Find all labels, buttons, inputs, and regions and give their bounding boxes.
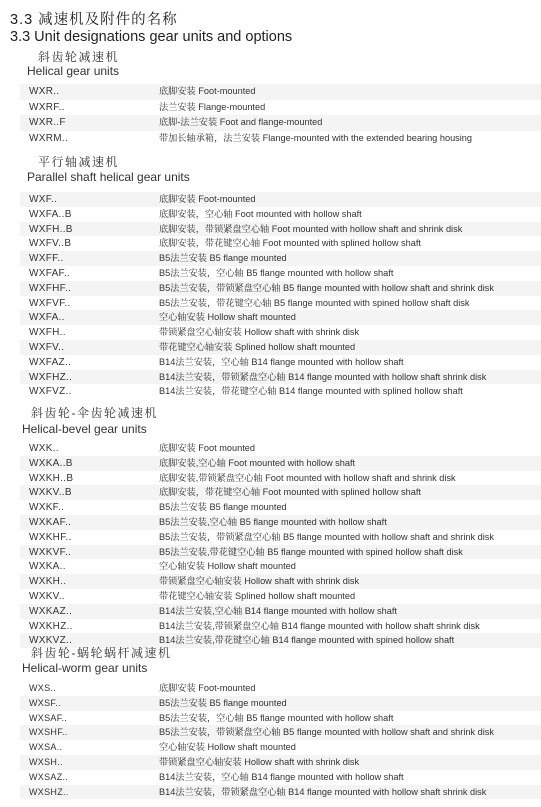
section-title-en: Parallel shaft helical gear units (27, 170, 190, 184)
unit-description: 法兰安装 Flange-mounted (159, 101, 265, 114)
table-row: WXKH..带锁紧盘空心轴安装 Hollow shaft with shrink… (20, 574, 541, 589)
unit-code: WXSAZ.. (29, 771, 68, 784)
table-row: WXKF..B5法兰安装 B5 flange mounted (20, 500, 541, 515)
unit-description: B5法兰安装,空心轴 B5 flange mounted with hollow… (159, 516, 387, 529)
section-title-en: Helical gear units (27, 64, 119, 78)
unit-description: 底脚安装 Foot-mounted (159, 193, 256, 206)
table-row: WXKH..B底脚安装,带锁紧盘空心轴 Foot mounted with ho… (20, 471, 541, 486)
table-row: WXKA..空心轴安装 Hollow shaft mounted (20, 559, 541, 574)
unit-code: WXKH..B (29, 472, 73, 485)
table-row: WXFH..带锁紧盘空心轴安装 Hollow shaft with shrink… (20, 325, 541, 340)
section-title-cn: 斜齿轮减速机 (38, 50, 119, 64)
unit-code: WXFVZ.. (29, 385, 72, 398)
section-title-cn: 斜齿轮-蜗轮蜗杆减速机 (31, 646, 172, 660)
unit-code: WXFAZ.. (29, 356, 71, 369)
table-row: WXKA..B底脚安装,空心轴 Foot mounted with hollow… (20, 456, 541, 471)
unit-code: WXFVF.. (29, 297, 71, 310)
table-row: WXRM..带加长轴承箱，法兰安装 Flange-mounted with th… (20, 131, 541, 147)
table-row: WXR..F底脚-法兰安装 Foot and flange-mounted (20, 115, 541, 131)
unit-code: WXKF.. (29, 501, 64, 514)
unit-code: WXSHZ.. (29, 786, 69, 799)
unit-code: WXFA.. (29, 311, 65, 324)
unit-description: B5法兰安装，带花键空心轴 B5 flange mounted with spi… (159, 297, 469, 310)
unit-code: WXFH.. (29, 326, 66, 339)
unit-code: WXSH.. (29, 756, 63, 769)
table-row: WXFV..B底脚安装，带花键空心轴 Foot mounted with spl… (20, 236, 541, 251)
unit-description: 底脚安装 Foot-mounted (159, 85, 256, 98)
unit-description: 底脚-法兰安装 Foot and flange-mounted (159, 116, 322, 129)
table-row: WXFVF..B5法兰安装，带花键空心轴 B5 flange mounted w… (20, 296, 541, 311)
table-row: WXFV..带花键空心轴安装 Splined hollow shaft moun… (20, 340, 541, 355)
unit-code: WXFHF.. (29, 282, 71, 295)
table-row: WXKV..带花键空心轴安装 Splined hollow shaft moun… (20, 589, 541, 604)
unit-description: B14法兰安装，带花键空心轴 B14 flange mounted with s… (159, 385, 463, 398)
table-row: WXK..底脚安装 Foot mounted (20, 441, 541, 456)
table-row: WXS..底脚安装 Foot-mounted (20, 681, 541, 696)
unit-description: B14法兰安装，带锁紧盘空心轴 B14 flange mounted with … (159, 786, 486, 799)
unit-description: 底脚安装,空心轴 Foot mounted with hollow shaft (159, 457, 355, 470)
unit-code: WXFH..B (29, 223, 73, 236)
table-row: WXSF..B5法兰安装 B5 flange mounted (20, 696, 541, 711)
unit-code: WXKHF.. (29, 531, 72, 544)
unit-description: 带花键空心轴安装 Splined hollow shaft mounted (159, 590, 355, 603)
table-row: WXKHF..B5法兰安装，带锁紧盘空心轴 B5 flange mounted … (20, 530, 541, 545)
unit-code: WXFAF.. (29, 267, 70, 280)
table-row: WXFF..B5法兰安装 B5 flange mounted (20, 251, 541, 266)
table-row: WXRF..法兰安装 Flange-mounted (20, 100, 541, 116)
unit-code: WXSF.. (29, 697, 61, 710)
unit-description: B14法兰安装,空心轴 B14 flange mounted with holl… (159, 605, 397, 618)
table-row: WXF..底脚安装 Foot-mounted (20, 192, 541, 207)
unit-description: 带锁紧盘空心轴安装 Hollow shaft with shrink disk (159, 756, 359, 769)
unit-code: WXRM.. (29, 132, 68, 145)
unit-description: 带锁紧盘空心轴安装 Hollow shaft with shrink disk (159, 326, 359, 339)
table-row: WXFHF..B5法兰安装，带锁紧盘空心轴 B5 flange mounted … (20, 281, 541, 296)
table-row: WXSH..带锁紧盘空心轴安装 Hollow shaft with shrink… (20, 755, 541, 770)
unit-code: WXFF.. (29, 252, 64, 265)
unit-description: 底脚安装 Foot-mounted (159, 682, 256, 695)
unit-code: WXKA.. (29, 560, 66, 573)
unit-code: WXKA..B (29, 457, 73, 470)
section-title-en: Helical-bevel gear units (22, 422, 147, 436)
unit-description: 底脚安装,带锁紧盘空心轴 Foot mounted with hollow sh… (159, 472, 456, 485)
unit-code: WXS.. (29, 682, 56, 695)
page-title-cn: 3.3 减速机及附件的名称 (10, 12, 178, 29)
table-row: WXFH..B底脚安装，带锁紧盘空心轴 Foot mounted with ho… (20, 222, 541, 237)
table-row: WXFVZ..B14法兰安装，带花键空心轴 B14 flange mounted… (20, 384, 541, 399)
unit-description: B5法兰安装，带锁紧盘空心轴 B5 flange mounted with ho… (159, 282, 494, 295)
unit-code: WXFHZ.. (29, 371, 72, 384)
unit-description: 底脚安装，带花键空心轴 Foot mounted with splined ho… (159, 486, 421, 499)
unit-description: 底脚安装，带锁紧盘空心轴 Foot mounted with hollow sh… (159, 223, 462, 236)
table-row: WXKHZ..B14法兰安装,带锁紧盘空心轴 B14 flange mounte… (20, 619, 541, 634)
table-row: WXKVF..B5法兰安装,带花键空心轴 B5 flange mounted w… (20, 545, 541, 560)
unit-description: B14法兰安装,带锁紧盘空心轴 B14 flange mounted with … (159, 620, 480, 633)
unit-description: 空心轴安装 Hollow shaft mounted (159, 311, 296, 324)
unit-description: 空心轴安装 Hollow shaft mounted (159, 560, 296, 573)
unit-code: WXKH.. (29, 575, 66, 588)
table-row: WXSHZ..B14法兰安装，带锁紧盘空心轴 B14 flange mounte… (20, 785, 541, 800)
unit-description: 底脚安装，带花键空心轴 Foot mounted with splined ho… (159, 237, 421, 250)
table-row: WXFA..B底脚安装，空心轴 Foot mounted with hollow… (20, 207, 541, 222)
unit-description: B5法兰安装 B5 flange mounted (159, 252, 287, 265)
unit-code: WXFV..B (29, 237, 71, 250)
table-row: WXR..底脚安装 Foot-mounted (20, 84, 541, 100)
unit-description: 带加长轴承箱，法兰安装 Flange-mounted with the exte… (159, 132, 472, 145)
unit-code: WXKVF.. (29, 546, 71, 559)
designation-table: WXR..底脚安装 Foot-mounted WXRF..法兰安装 Flange… (20, 84, 541, 146)
unit-code: WXF.. (29, 193, 57, 206)
table-row: WXSAF..B5法兰安装，空心轴 B5 flange mounted with… (20, 711, 541, 726)
unit-description: B14法兰安装，带锁紧盘空心轴 B14 flange mounted with … (159, 371, 486, 384)
unit-description: 带锁紧盘空心轴安装 Hollow shaft with shrink disk (159, 575, 359, 588)
unit-description: B5法兰安装，空心轴 B5 flange mounted with hollow… (159, 712, 393, 725)
unit-description: 底脚安装 Foot mounted (159, 442, 255, 455)
unit-code: WXSA.. (29, 741, 62, 754)
unit-description: B5法兰安装 B5 flange mounted (159, 697, 287, 710)
section-title-cn: 斜齿轮-伞齿轮减速机 (31, 406, 158, 420)
unit-code: WXR..F (29, 116, 66, 129)
unit-code: WXKHZ.. (29, 620, 73, 633)
unit-description: B14法兰安装，空心轴 B14 flange mounted with holl… (159, 356, 404, 369)
designation-table: WXS..底脚安装 Foot-mounted WXSF..B5法兰安装 B5 f… (20, 681, 541, 799)
table-row: WXFAF..B5法兰安装，空心轴 B5 flange mounted with… (20, 266, 541, 281)
unit-code: WXKV..B (29, 486, 72, 499)
section-title-en: Helical-worm gear units (22, 661, 147, 675)
table-row: WXSHF..B5法兰安装，带锁紧盘空心轴 B5 flange mounted … (20, 725, 541, 740)
unit-description: 空心轴安装 Hollow shaft mounted (159, 741, 296, 754)
unit-code: WXRF.. (29, 101, 65, 114)
unit-code: WXSAF.. (29, 712, 67, 725)
page-title-en: 3.3 Unit designations gear units and opt… (10, 29, 292, 46)
unit-description: 带花键空心轴安装 Splined hollow shaft mounted (159, 341, 355, 354)
unit-code: WXSHF.. (29, 726, 68, 739)
unit-code: WXFA..B (29, 208, 72, 221)
table-row: WXSA..空心轴安装 Hollow shaft mounted (20, 740, 541, 755)
table-row: WXSAZ..B14法兰安装，空心轴 B14 flange mounted wi… (20, 770, 541, 785)
section-title-cn: 平行轴减速机 (38, 155, 119, 169)
unit-description: B5法兰安装，空心轴 B5 flange mounted with hollow… (159, 267, 393, 280)
table-row: WXFHZ..B14法兰安装，带锁紧盘空心轴 B14 flange mounte… (20, 370, 541, 385)
unit-code: WXFV.. (29, 341, 64, 354)
unit-description: B5法兰安装，带锁紧盘空心轴 B5 flange mounted with ho… (159, 726, 494, 739)
unit-description: B5法兰安装，带锁紧盘空心轴 B5 flange mounted with ho… (159, 531, 494, 544)
unit-description: B5法兰安装,带花键空心轴 B5 flange mounted with spi… (159, 546, 463, 559)
table-row: WXKV..B底脚安装，带花键空心轴 Foot mounted with spl… (20, 485, 541, 500)
table-row: WXFAZ..B14法兰安装，空心轴 B14 flange mounted wi… (20, 355, 541, 370)
unit-code: WXR.. (29, 85, 59, 98)
designation-table: WXK..底脚安装 Foot mounted WXKA..B底脚安装,空心轴 F… (20, 441, 541, 648)
table-row: WXKAZ..B14法兰安装,空心轴 B14 flange mounted wi… (20, 604, 541, 619)
unit-description: 底脚安装，空心轴 Foot mounted with hollow shaft (159, 208, 362, 221)
unit-code: WXKV.. (29, 590, 65, 603)
unit-description: B14法兰安装,带花键空心轴 B14 flange mounted with s… (159, 634, 454, 647)
unit-description: B5法兰安装 B5 flange mounted (159, 501, 287, 514)
designation-table: WXF..底脚安装 Foot-mounted WXFA..B底脚安装，空心轴 F… (20, 192, 541, 399)
table-row: WXKAF..B5法兰安装,空心轴 B5 flange mounted with… (20, 515, 541, 530)
unit-description: B14法兰安装，空心轴 B14 flange mounted with holl… (159, 771, 404, 784)
unit-code: WXK.. (29, 442, 59, 455)
unit-code: WXKAZ.. (29, 605, 72, 618)
unit-code: WXKAF.. (29, 516, 71, 529)
table-row: WXFA..空心轴安装 Hollow shaft mounted (20, 310, 541, 325)
